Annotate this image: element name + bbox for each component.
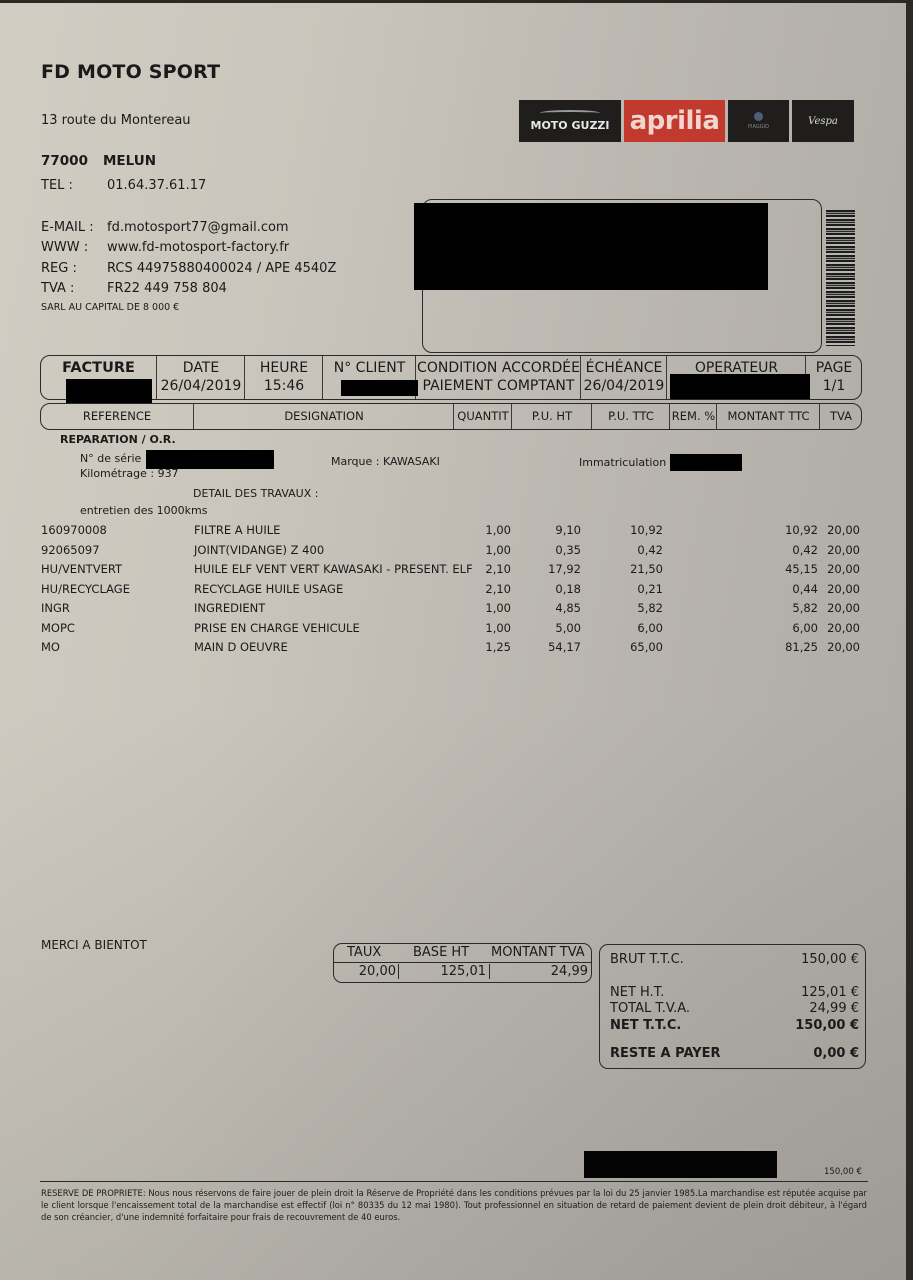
heure-cell: HEURE 15:46 (244, 356, 323, 399)
col-quantite: QUANTIT (453, 404, 512, 429)
page-cell: PAGE 1/1 (805, 356, 862, 399)
net-ttc-row: NET T.T.C. 150,00 € (610, 1017, 859, 1034)
tva-base: 125,01 (441, 964, 487, 979)
cell-tva: 20,00 (827, 599, 860, 618)
cell-pu-ttc: 21,50 (630, 560, 663, 579)
reste-a-payer-value: 0,00 € (813, 1045, 859, 1062)
legal-text: Nous nous réservons de faire jouer de pl… (41, 1188, 867, 1222)
company-address: 13 route du Montereau (41, 113, 191, 128)
cell-montant: 0,42 (792, 541, 818, 560)
cell-pu-ht: 17,92 (548, 560, 581, 579)
tva-value: FR22 449 758 804 (107, 281, 227, 296)
eagle-icon (540, 110, 600, 116)
col-reference: REFERENCE (41, 404, 193, 429)
condition-cell: CONDITION ACCORDÉE PAIEMENT COMPTANT (415, 356, 581, 399)
vespa-logo: Vespa (792, 100, 854, 142)
cell-qty: 1,00 (485, 521, 511, 540)
cell-pu-ttc: 6,00 (637, 619, 663, 638)
company-city: 77000MELUN (41, 153, 156, 169)
cell-designation: HUILE ELF VENT VERT KAWASAKI - PRESENT. … (194, 560, 473, 579)
totals-box: BRUT T.T.C. 150,00 € NET H.T. 125,01 € T… (599, 944, 866, 1069)
cell-pu-ttc: 0,21 (637, 580, 663, 599)
company-email: E-MAIL :fd.motosport77@gmail.com (41, 220, 289, 235)
cell-pu-ttc: 5,82 (637, 599, 663, 618)
thank-you-message: MERCI A BIENTOT (41, 938, 161, 953)
cell-montant: 10,92 (785, 521, 818, 540)
brut-ttc-value: 150,00 € (801, 951, 859, 968)
legal-title: RESERVE DE PROPRIETE: (41, 1188, 146, 1198)
postal-code: 77000 (41, 153, 103, 169)
cell-qty: 2,10 (485, 580, 511, 599)
cell-designation: FILTRE A HUILE (194, 521, 280, 540)
invoice-page: FD MOTO SPORT 13 route du Montereau 7700… (0, 3, 906, 1280)
tel-value: 01.64.37.61.17 (107, 178, 206, 193)
echeance-cell: ÉCHÉANCE 26/04/2019 (580, 356, 667, 399)
redacted-invoice-number (66, 379, 152, 403)
tva-summary-table: TAUX BASE HT MONTANT TVA 20,00 125,01 24… (333, 943, 592, 983)
cell-qty: 2,10 (485, 560, 511, 579)
tva-rate: 20,00 (359, 964, 396, 979)
mileage-label: Kilométrage : 937 (80, 467, 179, 480)
line-items-header: REFERENCE DESIGNATION QUANTIT P.U. HT P.… (40, 403, 862, 430)
company-tel: TEL :01.64.37.61.17 (41, 178, 206, 193)
cell-ref: MOPC (41, 619, 75, 638)
tva-summary-row: 20,00 125,01 24,99 (334, 963, 591, 982)
total-tva-row: TOTAL T.V.A. 24,99 € (610, 1000, 859, 1017)
net-ttc-value: 150,00 € (795, 1017, 859, 1034)
col-montant-ttc: MONTANT TTC (716, 404, 820, 429)
cell-pu-ttc: 0,42 (637, 541, 663, 560)
work-description: entretien des 1000kms (80, 504, 208, 517)
cell-ref: HU/VENTVERT (41, 560, 122, 579)
cell-qty: 1,25 (485, 638, 511, 657)
city-name: MELUN (103, 153, 156, 169)
date-cell: DATE 26/04/2019 (156, 356, 245, 399)
company-capital: SARL AU CAPITAL DE 8 000 € (41, 302, 179, 313)
cell-ref: 92065097 (41, 541, 100, 560)
tva-amount: 24,99 (551, 964, 588, 979)
redacted-client-address (414, 203, 768, 290)
col-pu-ht: P.U. HT (511, 404, 592, 429)
cell-montant: 0,44 (792, 580, 818, 599)
invoice-time: 15:46 (245, 377, 323, 395)
cell-qty: 1,00 (485, 599, 511, 618)
invoice-date: 26/04/2019 (157, 377, 245, 395)
col-designation: DESIGNATION (193, 404, 454, 429)
cell-pu-ht: 9,10 (555, 521, 581, 540)
serial-label: N° de série : (80, 452, 149, 465)
cell-tva: 20,00 (827, 580, 860, 599)
cell-pu-ttc: 65,00 (630, 638, 663, 657)
payment-condition: PAIEMENT COMPTANT (416, 377, 581, 395)
cell-montant: 6,00 (792, 619, 818, 638)
cell-qty: 1,00 (485, 541, 511, 560)
repair-title: REPARATION / O.R. (60, 433, 176, 446)
cell-pu-ht: 0,35 (555, 541, 581, 560)
cell-montant: 5,82 (792, 599, 818, 618)
tva-summary-header: TAUX BASE HT MONTANT TVA (334, 944, 591, 963)
cell-montant: 81,25 (785, 638, 818, 657)
company-www: WWW :www.fd-motosport-factory.fr (41, 240, 289, 255)
cell-ref: MO (41, 638, 60, 657)
piaggio-logo: PIAGGIO (728, 100, 789, 142)
company-name: FD MOTO SPORT (41, 61, 220, 83)
cell-pu-ht: 4,85 (555, 599, 581, 618)
reg-value: RCS 44975880400024 / APE 4540Z (107, 261, 336, 276)
footer-divider (40, 1181, 868, 1182)
total-tva-value: 24,99 € (809, 1000, 859, 1017)
brut-ttc-row: BRUT T.T.C. 150,00 € (610, 951, 859, 968)
legal-notice: RESERVE DE PROPRIETE: Nous nous réservon… (41, 1187, 867, 1223)
barcode-icon (826, 210, 855, 346)
cell-pu-ht: 0,18 (555, 580, 581, 599)
cell-ref: 160970008 (41, 521, 107, 540)
email-value: fd.motosport77@gmail.com (107, 220, 289, 235)
aprilia-logo: aprilia (624, 100, 725, 142)
brand-logos: MOTO GUZZI aprilia PIAGGIO Vespa (519, 100, 854, 142)
company-reg: REG :RCS 44975880400024 / APE 4540Z (41, 261, 336, 276)
plate-label: Immatriculation : (579, 456, 673, 469)
cell-designation: RECYCLAGE HUILE USAGE (194, 580, 343, 599)
piaggio-badge-icon (754, 112, 763, 121)
cell-pu-ttc: 10,92 (630, 521, 663, 540)
cell-montant: 45,15 (785, 560, 818, 579)
redacted-operator (670, 374, 810, 399)
moto-guzzi-logo: MOTO GUZZI (519, 100, 621, 142)
company-tva: TVA :FR22 449 758 804 (41, 281, 227, 296)
due-date: 26/04/2019 (581, 377, 667, 395)
cell-qty: 1,00 (485, 619, 511, 638)
net-ht-row: NET H.T. 125,01 € (610, 984, 859, 1001)
redacted-plate (670, 454, 742, 471)
cell-ref: HU/RECYCLAGE (41, 580, 130, 599)
cell-designation: PRISE EN CHARGE VEHICULE (194, 619, 360, 638)
cell-tva: 20,00 (827, 638, 860, 657)
cell-designation: JOINT(VIDANGE) Z 400 (194, 541, 324, 560)
page-number: 1/1 (806, 377, 862, 395)
cell-tva: 20,00 (827, 619, 860, 638)
reste-a-payer-row: RESTE A PAYER 0,00 € (610, 1045, 859, 1062)
cell-designation: INGREDIENT (194, 599, 265, 618)
cell-ref: INGR (41, 599, 70, 618)
brand-label: Marque : KAWASAKI (331, 455, 440, 468)
redacted-bottom-field (584, 1151, 777, 1178)
col-remise: REM. % (669, 404, 717, 429)
redacted-client-number (341, 380, 418, 396)
bottom-total: 150,00 € (824, 1167, 862, 1177)
cell-tva: 20,00 (827, 560, 860, 579)
www-value: www.fd-motosport-factory.fr (107, 240, 289, 255)
net-ht-value: 125,01 € (801, 984, 859, 1001)
cell-pu-ht: 5,00 (555, 619, 581, 638)
col-tva: TVA (819, 404, 862, 429)
cell-pu-ht: 54,17 (548, 638, 581, 657)
details-title: DETAIL DES TRAVAUX : (193, 487, 318, 500)
cell-tva: 20,00 (827, 521, 860, 540)
cell-tva: 20,00 (827, 541, 860, 560)
col-pu-ttc: P.U. TTC (591, 404, 670, 429)
cell-designation: MAIN D OEUVRE (194, 638, 288, 657)
